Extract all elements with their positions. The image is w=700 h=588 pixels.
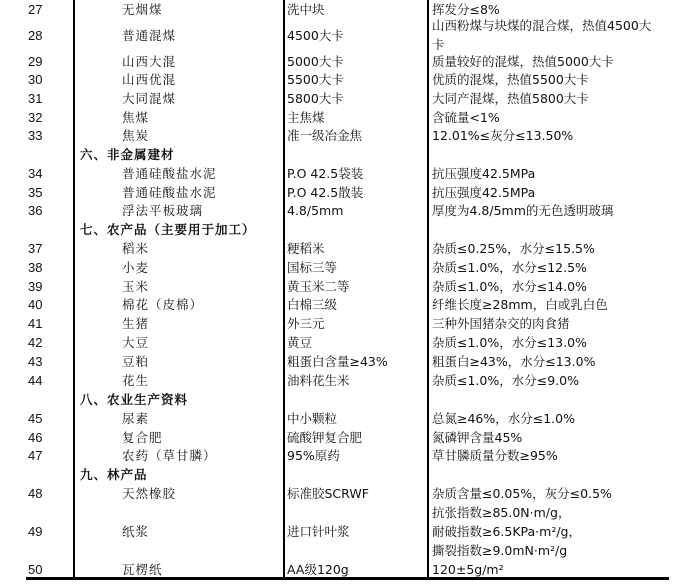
description-line: 杂质含量≤0.05%，灰分≤0.5% <box>432 484 612 503</box>
description-line: 总氮≥46%，水分≤1.0% <box>432 409 575 428</box>
commodity-description: 杂质≤1.0%，水分≤9.0% <box>432 371 672 390</box>
commodity-name: 复合肥 <box>122 428 282 446</box>
commodity-description: 三种外国猪杂交的肉食猪 <box>432 314 672 333</box>
commodity-name: 小麦 <box>122 258 282 277</box>
commodity-spec: 粳稻米 <box>287 239 425 258</box>
commodity-spec: 5800大卡 <box>287 89 425 108</box>
commodity-description: 杂质≤0.25%，水分≤15.5% <box>432 239 672 258</box>
table-row: 49纸浆进口针叶浆抗张指数≥85.0N·m/g，耐破指数≥6.5KPa·m²/g… <box>0 503 700 560</box>
commodity-description: 质量较好的混煤，热值5000大卡 <box>432 52 672 70</box>
section-header-row: 六、非金属建材 <box>0 145 700 164</box>
commodity-spec: 4.8/5mm <box>287 201 425 220</box>
section-title: 七、农产品（主要用于加工） <box>80 220 280 239</box>
commodity-description: 总氮≥46%，水分≤1.0% <box>432 409 672 428</box>
description-line: 抗压强度42.5MPa <box>432 183 535 202</box>
section-header-row: 七、农产品（主要用于加工） <box>0 220 700 239</box>
description-line: 撕裂指数≥9.0mN·m²/g <box>432 541 581 560</box>
row-number: 32 <box>28 108 68 126</box>
commodity-description: 抗压强度42.5MPa <box>432 164 672 183</box>
table-row: 43豆粕粗蛋白含量≥43%粗蛋白≥43%，水分≤13.0% <box>0 352 700 371</box>
row-number: 46 <box>28 428 68 446</box>
commodity-description: 杂质含量≤0.05%，灰分≤0.5% <box>432 484 672 503</box>
description-line: 杂质≤0.25%，水分≤15.5% <box>432 239 595 258</box>
commodity-spec: 标准胶SCRWF <box>287 484 425 503</box>
description-line: 厚度为4.8/5mm的无色透明玻璃 <box>432 201 613 220</box>
description-line: 耐破指数≥6.5KPa·m²/g， <box>432 522 581 541</box>
commodity-name: 大同混煤 <box>122 89 282 108</box>
description-line: 12.01%≤灰分≤13.50% <box>432 126 573 145</box>
section-title: 九、林产品 <box>80 465 280 484</box>
commodity-description: 纤维长度≥28mm，白或乳白色 <box>432 295 672 314</box>
row-number: 45 <box>28 409 68 428</box>
table-row: 36浮法平板玻璃4.8/5mm厚度为4.8/5mm的无色透明玻璃 <box>0 201 700 220</box>
commodity-name: 豆粕 <box>122 352 282 371</box>
description-line: 纤维长度≥28mm，白或乳白色 <box>432 295 608 314</box>
row-number: 27 <box>28 0 68 18</box>
table-row: 44花生油料花生米杂质≤1.0%，水分≤9.0% <box>0 371 700 390</box>
commodity-spec: AA级120g <box>287 560 425 578</box>
commodity-spec: 主焦煤 <box>287 108 425 126</box>
commodity-description: 粗蛋白≥43%，水分≤13.0% <box>432 352 672 371</box>
commodity-spec: 5000大卡 <box>287 52 425 70</box>
description-line: 三种外国猪杂交的肉食猪 <box>432 314 570 333</box>
row-number: 34 <box>28 164 68 183</box>
commodity-spec: 准一级冶金焦 <box>287 126 425 145</box>
commodity-description: 山西粉煤与块煤的混合煤，热值4500大卡 <box>432 18 672 52</box>
row-number: 40 <box>28 295 68 314</box>
table-row: 45尿素中小颗粒总氮≥46%，水分≤1.0% <box>0 409 700 428</box>
description-line: 优质的混煤，热值5500大卡 <box>432 70 589 89</box>
row-number: 50 <box>28 560 68 578</box>
table-row: 37稻米粳稻米杂质≤0.25%，水分≤15.5% <box>0 239 700 258</box>
commodity-name: 普通混煤 <box>122 18 282 52</box>
commodity-spec: 5500大卡 <box>287 70 425 89</box>
commodity-description: 草甘膦质量分数≥95% <box>432 446 672 465</box>
table-row: 31大同混煤5800大卡大同产混煤，热值5800大卡 <box>0 89 700 108</box>
commodity-name: 无烟煤 <box>122 0 282 18</box>
row-number: 43 <box>28 352 68 371</box>
table-row: 46复合肥硫酸钾复合肥氮磷钾含量45% <box>0 428 700 446</box>
commodity-description: 120±5g/m² <box>432 560 672 578</box>
row-number: 35 <box>28 183 68 201</box>
commodity-spec: 黄玉米二等 <box>287 277 425 295</box>
commodity-spec: 油料花生米 <box>287 371 425 390</box>
commodity-description: 杂质≤1.0%，水分≤13.0% <box>432 333 672 352</box>
row-number: 42 <box>28 333 68 352</box>
commodity-spec: 中小颗粒 <box>287 409 425 428</box>
row-number: 30 <box>28 70 68 89</box>
commodity-name: 尿素 <box>122 409 282 428</box>
commodity-name: 瓦楞纸 <box>122 560 282 578</box>
description-line: 山西粉煤与块煤的混合煤，热值4500大 <box>432 16 651 35</box>
row-number: 29 <box>28 52 68 70</box>
row-number: 39 <box>28 277 68 295</box>
row-number: 41 <box>28 314 68 333</box>
commodity-name: 棉花（皮棉） <box>122 295 282 314</box>
commodity-description: 厚度为4.8/5mm的无色透明玻璃 <box>432 201 672 220</box>
description-line: 杂质≤1.0%，水分≤14.0% <box>432 277 587 296</box>
table-row: 50瓦楞纸AA级120g120±5g/m² <box>0 560 700 578</box>
description-line: 草甘膦质量分数≥95% <box>432 446 558 465</box>
description-line: 抗张指数≥85.0N·m/g， <box>432 503 581 522</box>
commodity-name: 生猪 <box>122 314 282 333</box>
row-number: 47 <box>28 446 68 465</box>
row-number: 37 <box>28 239 68 258</box>
commodity-name: 天然橡胶 <box>122 484 282 503</box>
commodity-description: 杂质≤1.0%，水分≤12.5% <box>432 258 672 277</box>
description-line: 含硫量<1% <box>432 108 500 127</box>
commodity-description: 抗压强度42.5MPa <box>432 183 672 201</box>
commodity-name: 焦煤 <box>122 108 282 126</box>
table-row: 39玉米黄玉米二等杂质≤1.0%，水分≤14.0% <box>0 277 700 295</box>
commodity-spec: P.O 42.5散装 <box>287 183 425 201</box>
description-line: 杂质≤1.0%，水分≤13.0% <box>432 333 587 352</box>
table-row: 41生猪外三元三种外国猪杂交的肉食猪 <box>0 314 700 333</box>
description-line: 氮磷钾含量45% <box>432 428 522 447</box>
description-line: 质量较好的混煤，热值5000大卡 <box>432 52 614 71</box>
description-line: 120±5g/m² <box>432 560 504 579</box>
table-row: 48天然橡胶标准胶SCRWF杂质含量≤0.05%，灰分≤0.5% <box>0 484 700 503</box>
row-number: 31 <box>28 89 68 108</box>
commodity-spec: 4500大卡 <box>287 18 425 52</box>
commodity-description: 含硫量<1% <box>432 108 672 126</box>
commodity-name: 山西优混 <box>122 70 282 89</box>
commodity-name: 焦炭 <box>122 126 282 145</box>
commodity-spec: 粗蛋白含量≥43% <box>287 352 425 371</box>
commodity-description: 杂质≤1.0%，水分≤14.0% <box>432 277 672 295</box>
commodity-name: 大豆 <box>122 333 282 352</box>
row-number: 48 <box>28 484 68 503</box>
commodity-description: 氮磷钾含量45% <box>432 428 672 446</box>
row-number: 36 <box>28 201 68 220</box>
row-number: 44 <box>28 371 68 390</box>
commodity-spec: 洗中块 <box>287 0 425 18</box>
commodity-name: 普通硅酸盐水泥 <box>122 183 282 201</box>
commodity-name: 山西大混 <box>122 52 282 70</box>
row-number: 49 <box>28 503 68 560</box>
table-row: 34普通硅酸盐水泥P.O 42.5袋装抗压强度42.5MPa <box>0 164 700 183</box>
commodity-spec: 硫酸钾复合肥 <box>287 428 425 446</box>
description-line: 杂质≤1.0%，水分≤12.5% <box>432 258 587 277</box>
commodity-spec: P.O 42.5袋装 <box>287 164 425 183</box>
table-row: 35普通硅酸盐水泥P.O 42.5散装抗压强度42.5MPa <box>0 183 700 201</box>
table-row: 33焦炭准一级冶金焦12.01%≤灰分≤13.50% <box>0 126 700 145</box>
commodity-name: 农药（草甘膦） <box>122 446 282 465</box>
row-number: 38 <box>28 258 68 277</box>
table-row: 29山西大混5000大卡质量较好的混煤，热值5000大卡 <box>0 52 700 70</box>
table-row: 40棉花（皮棉）白棉三级纤维长度≥28mm，白或乳白色 <box>0 295 700 314</box>
commodity-name: 纸浆 <box>122 503 282 560</box>
commodity-spec: 黄豆 <box>287 333 425 352</box>
table-bottom-border <box>26 577 669 580</box>
table-row: 42大豆黄豆杂质≤1.0%，水分≤13.0% <box>0 333 700 352</box>
section-title: 八、农业生产资料 <box>80 390 280 409</box>
commodity-name: 花生 <box>122 371 282 390</box>
table-row: 28普通混煤4500大卡山西粉煤与块煤的混合煤，热值4500大卡 <box>0 18 700 52</box>
commodity-name: 玉米 <box>122 277 282 295</box>
section-title: 六、非金属建材 <box>80 145 280 164</box>
table-row: 30山西优混5500大卡优质的混煤，热值5500大卡 <box>0 70 700 89</box>
description-line: 杂质≤1.0%，水分≤9.0% <box>432 371 579 390</box>
commodity-description: 大同产混煤，热值5800大卡 <box>432 89 672 108</box>
row-number: 33 <box>28 126 68 145</box>
commodity-name: 稻米 <box>122 239 282 258</box>
commodity-spec: 国标三等 <box>287 258 425 277</box>
table-row: 47农药（草甘膦）95%原药草甘膦质量分数≥95% <box>0 446 700 465</box>
table-row: 38小麦国标三等杂质≤1.0%，水分≤12.5% <box>0 258 700 277</box>
description-line: 粗蛋白≥43%，水分≤13.0% <box>432 352 595 371</box>
commodity-spec: 白棉三级 <box>287 295 425 314</box>
commodity-spec: 进口针叶浆 <box>287 503 425 560</box>
row-number: 28 <box>28 18 68 52</box>
table-row: 32焦煤主焦煤含硫量<1% <box>0 108 700 126</box>
commodity-name: 普通硅酸盐水泥 <box>122 164 282 183</box>
description-line: 抗压强度42.5MPa <box>432 164 535 183</box>
commodity-description: 抗张指数≥85.0N·m/g，耐破指数≥6.5KPa·m²/g，撕裂指数≥9.0… <box>432 503 672 560</box>
commodity-spec: 外三元 <box>287 314 425 333</box>
commodity-description: 优质的混煤，热值5500大卡 <box>432 70 672 89</box>
commodity-description: 12.01%≤灰分≤13.50% <box>432 126 672 145</box>
description-line: 大同产混煤，热值5800大卡 <box>432 89 589 108</box>
commodity-name: 浮法平板玻璃 <box>122 201 282 220</box>
section-header-row: 八、农业生产资料 <box>0 390 700 409</box>
commodity-spec: 95%原药 <box>287 446 425 465</box>
section-header-row: 九、林产品 <box>0 465 700 484</box>
